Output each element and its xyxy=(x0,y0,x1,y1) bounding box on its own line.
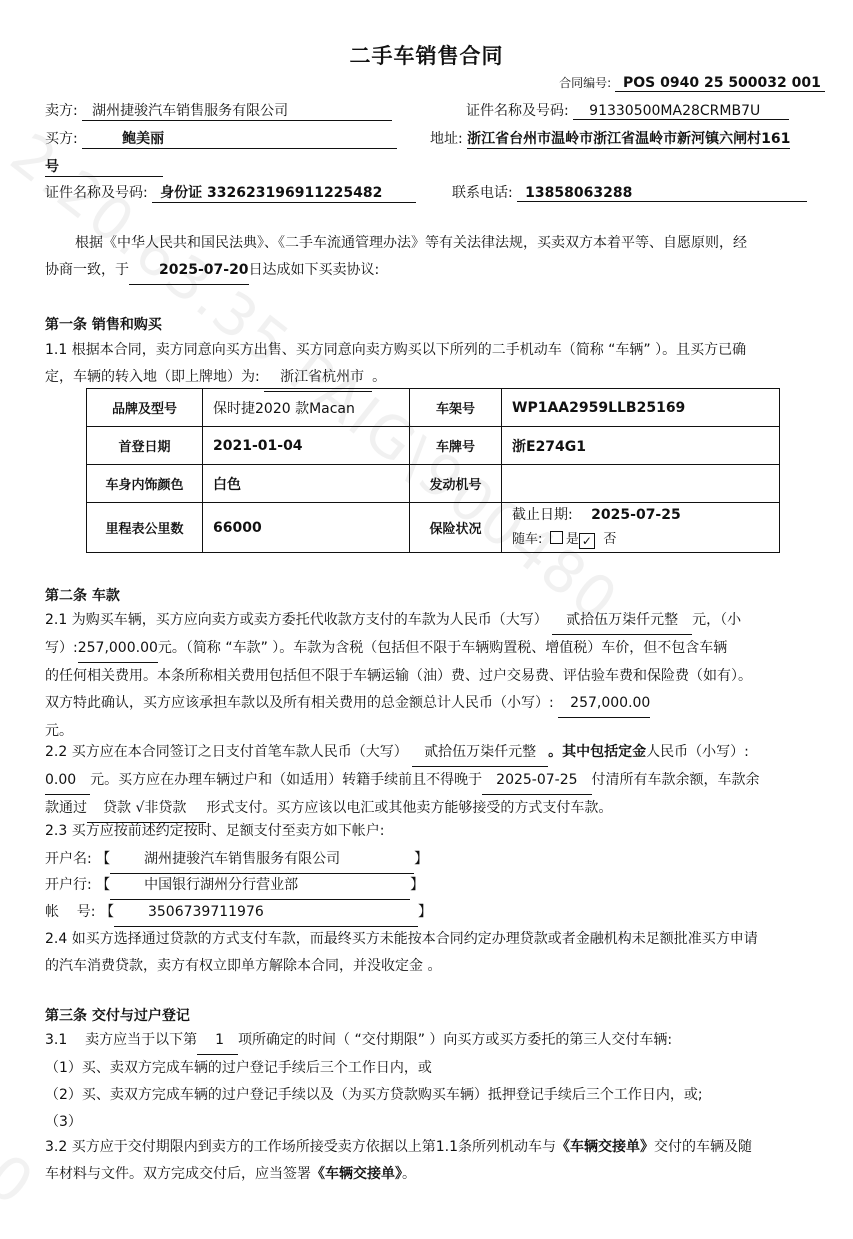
bracket: 【 xyxy=(96,851,110,867)
table-row: 品牌及型号 保时捷2020 款Macan 车架号 WP1AA2959LLB251… xyxy=(87,389,780,427)
clause-text: 车材料与文件。双方完成交付后，应当签署 xyxy=(45,1166,311,1182)
clause-text: 元，（小 xyxy=(692,612,741,628)
buyer-phone-row: 联系电话: 13858063288 xyxy=(452,182,807,202)
clause-2-3: 2.3 买方应按前述约定按时、足额支付至卖方如下帐户: xyxy=(45,818,825,845)
buyer-id-label: 证件名称及号码: xyxy=(45,185,148,201)
seller-label: 卖方: xyxy=(45,103,78,119)
delivery-option-number: 1 xyxy=(197,1027,238,1055)
delivery-option-2: （2）买、卖双方完成车辆的过户登记手续以及（为买方贷款购买车辆）抵押登记手续后三… xyxy=(45,1087,703,1103)
table-row: 首登日期 2021-01-04 车牌号 浙E274G1 xyxy=(87,427,780,465)
clause-text: 2.3 买方应按前述约定按时、足额支付至卖方如下帐户: xyxy=(45,823,384,839)
buyer-phone-label: 联系电话: xyxy=(452,185,513,201)
bracket: 【 xyxy=(96,877,110,893)
no-label: 否 xyxy=(603,532,616,547)
bracket: 】 xyxy=(414,851,428,867)
bracket: 【 xyxy=(100,904,114,920)
article1-heading: 第一条 销售和购买 xyxy=(45,314,162,334)
mileage-value: 66000 xyxy=(203,503,410,553)
account-bank-value: 中国银行湖州分行营业部 xyxy=(110,872,410,900)
buyer-row: 买方: 鲍美丽 xyxy=(45,128,397,149)
contract-number: 合同编号: POS 0940 25 500032 001 xyxy=(559,74,825,92)
preamble-text: 协商一致，于 xyxy=(45,262,129,278)
clause-text: 人民币（小写）: xyxy=(646,744,749,760)
clause-text: 交付的车辆及随 xyxy=(654,1139,752,1155)
clause-text: 2.1 为购买车辆，买方应向卖方或卖方委托代收款方支付的车款为人民币（大写） xyxy=(45,612,548,628)
seller-name: 湖州捷骏汽车销售服务有限公司 xyxy=(82,100,392,121)
buyer-address-label: 地址: xyxy=(430,131,463,147)
vin-value: WP1AA2959LLB25169 xyxy=(502,389,780,427)
account-name-row: 开户名: 【湖州捷骏汽车销售服务有限公司】 xyxy=(45,846,428,874)
clause-text: 定，车辆的转入地（即上牌地）为: xyxy=(45,369,260,385)
account-number-value: 3506739711976 xyxy=(114,899,418,927)
account-number-row: 帐 号: 【3506739711976】 xyxy=(45,899,432,927)
handover-doc-ref: 《车辆交接单》 xyxy=(556,1139,654,1155)
delivery-option-1: （1）买、卖双方完成车辆的过户登记手续后三个工作日内，或 xyxy=(45,1060,432,1076)
engine-label: 发动机号 xyxy=(410,465,502,503)
mileage-label: 里程表公里数 xyxy=(87,503,203,553)
preamble-text: 根据《中华人民共和国民法典》、《二手车流通管理办法》等有关法律法规，买卖双方本着… xyxy=(75,235,747,251)
clause-text: 元。买方应在办理车辆过户和（如适用）转籍手续前且不得晚于 xyxy=(90,772,482,788)
yes-label: 是 xyxy=(566,532,579,547)
clause-text: 3.2 买方应于交付期限内到卖方的工作场所接受卖方依据以上第1.1条所列机动车与 xyxy=(45,1139,556,1155)
clause-text: 元。（简称 “车款” ）。车款为含税（包括但不限于车辆购置税、增值税）车价，但不… xyxy=(158,640,727,656)
seller-id-label: 证件名称及号码: xyxy=(466,103,569,119)
clause-text: 项所确定的时间（ “交付期限” ）向买方或买方委托的第三人交付车辆: xyxy=(238,1032,672,1048)
clause-3-1: 3.1 卖方应当于以下第1项所确定的时间（ “交付期限” ）向买方或买方委托的第… xyxy=(45,1027,825,1136)
clause-text: 款通过 xyxy=(45,800,87,816)
clause-2-1: 2.1 为购买车辆，买方应向卖方或卖方委托代收款方支付的车款为人民币（大写） 贰… xyxy=(45,607,825,745)
bracket: 】 xyxy=(418,904,432,920)
document-title: 二手车销售合同 xyxy=(0,40,853,70)
price-in-words: 贰拾伍万柒仟元整 xyxy=(552,607,692,635)
color-value: 白色 xyxy=(203,465,410,503)
color-label: 车身内饰颜色 xyxy=(87,465,203,503)
bracket: 】 xyxy=(410,877,424,893)
brand-label: 品牌及型号 xyxy=(87,389,203,427)
plate-label: 车牌号 xyxy=(410,427,502,465)
handover-doc-ref: 《车辆交接单》 xyxy=(311,1166,402,1182)
clause-text: 。 xyxy=(372,369,386,385)
table-row: 车身内饰颜色 白色 发动机号 xyxy=(87,465,780,503)
first-payment-words: 贰拾伍万柒仟元整 xyxy=(412,739,548,767)
clause-text: 。 xyxy=(402,1166,416,1182)
engine-value xyxy=(502,465,780,503)
buyer-id-value: 身份证 332623196911225482 xyxy=(152,182,416,203)
buyer-id-row: 证件名称及号码: 身份证 332623196911225482 xyxy=(45,182,416,203)
first-registration-label: 首登日期 xyxy=(87,427,203,465)
delivery-option-3: （3） xyxy=(45,1114,82,1130)
insurance-label: 保险状况 xyxy=(410,503,502,553)
account-name-value: 湖州捷骏汽车销售服务有限公司 xyxy=(110,846,414,874)
account-number-label: 帐 号: xyxy=(45,904,96,920)
contract-number-label: 合同编号: xyxy=(559,76,611,90)
insurance-expiry-date: 2025-07-25 xyxy=(591,507,681,523)
checkbox-no-checked[interactable]: ✓ xyxy=(579,533,595,549)
buyer-phone-value: 13858063288 xyxy=(517,185,807,202)
clause-1-1: 1.1 根据本合同，卖方同意向买方出售、买方同意向卖方购买以下所列的二手机动车（… xyxy=(45,337,825,392)
deposit-amount: 0.00 xyxy=(45,767,90,795)
clause-2-4: 2.4 如买方选择通过贷款的方式支付车款，而最终买方未能按本合同约定办理贷款或者… xyxy=(45,926,825,980)
deposit-included-text: 。其中包括定金 xyxy=(548,744,646,760)
contract-number-value: POS 0940 25 500032 001 xyxy=(615,75,825,92)
clause-3-2: 3.2 买方应于交付期限内到卖方的工作场所接受卖方依据以上第1.1条所列机动车与… xyxy=(45,1134,825,1188)
buyer-address-line1: 浙江省台州市温岭市浙江省温岭市新河镇六闸村161 xyxy=(467,128,790,149)
clause-text: 1.1 根据本合同，卖方同意向买方出售、买方同意向卖方购买以下所列的二手机动车（… xyxy=(45,342,746,358)
preamble: 根据《中华人民共和国民法典》、《二手车流通管理办法》等有关法律法规，买卖双方本着… xyxy=(45,230,825,285)
payment-deadline: 2025-07-25 xyxy=(482,767,591,795)
buyer-name: 鲍美丽 xyxy=(82,128,397,149)
account-bank-row: 开户行: 【中国银行湖州分行营业部】 xyxy=(45,872,424,900)
plate-value: 浙E274G1 xyxy=(502,427,780,465)
clause-text: 形式支付。买方应该以电汇或其他卖方能够接受的方式支付车款。 xyxy=(206,800,612,816)
clause-text: 付清所有车款余额，车款余 xyxy=(592,772,760,788)
price-number: 257,000.00 xyxy=(78,635,158,663)
seller-id-row: 证件名称及号码: 91330500MA28CRMB7U xyxy=(466,100,789,120)
total-amount: 257,000.00 xyxy=(558,690,650,718)
clause-text: 3.1 卖方应当于以下第 xyxy=(45,1032,197,1048)
checkbox-yes[interactable] xyxy=(550,531,563,544)
buyer-address-line2: 号 xyxy=(45,156,163,177)
seller-row: 卖方: 湖州捷骏汽车销售服务有限公司 xyxy=(45,100,392,121)
clause-text: 2.4 如买方选择通过贷款的方式支付车款，而最终买方未能按本合同约定办理贷款或者… xyxy=(45,931,758,947)
seller-id-value: 91330500MA28CRMB7U xyxy=(573,103,789,120)
preamble-text: 日达成如下买卖协议: xyxy=(249,262,380,278)
first-registration-value: 2021-01-04 xyxy=(203,427,410,465)
insurance-expiry-label: 截止日期: xyxy=(512,507,573,523)
clause-text: 2.2 买方应在本合同签订之日支付首笔车款人民币（大写） xyxy=(45,744,408,760)
brand-value: 保时捷2020 款Macan xyxy=(203,389,410,427)
agreement-date: 2025-07-20 xyxy=(129,257,249,285)
account-bank-label: 开户行: xyxy=(45,877,92,893)
buyer-address-row: 地址: 浙江省台州市温岭市浙江省温岭市新河镇六闸村161 xyxy=(430,128,790,149)
with-car-label: 随车: xyxy=(512,532,542,547)
checkmark-icon: ✓ xyxy=(582,534,592,548)
buyer-address-cont: 号 xyxy=(45,156,163,177)
clause-text: 元。 xyxy=(45,723,73,739)
account-name-label: 开户名: xyxy=(45,851,92,867)
clause-text: 双方特此确认，买方应该承担车款以及所有相关费用的总金额总计人民币（小写）: xyxy=(45,695,554,711)
insurance-status: 截止日期: 2025-07-25 随车: 是✓ 否 xyxy=(502,503,780,553)
clause-text: 的任何相关费用。本条所称相关费用包括但不限于车辆运输（油）费、过户交易费、评估验… xyxy=(45,668,752,684)
contract-page: 二手车销售合同 合同编号: POS 0940 25 500032 001 卖方:… xyxy=(0,0,853,1239)
clause-2-2: 2.2 买方应在本合同签订之日支付首笔车款人民币（大写） 贰拾伍万柒仟元整。其中… xyxy=(45,739,825,823)
vehicle-table: 品牌及型号 保时捷2020 款Macan 车架号 WP1AA2959LLB251… xyxy=(86,388,780,553)
article2-heading: 第二条 车款 xyxy=(45,585,120,605)
article3-heading: 第三条 交付与过户登记 xyxy=(45,1005,190,1025)
clause-text: 的汽车消费贷款，卖方有权立即单方解除本合同，并没收定金 。 xyxy=(45,958,441,974)
vin-label: 车架号 xyxy=(410,389,502,427)
table-row: 里程表公里数 66000 保险状况 截止日期: 2025-07-25 随车: 是… xyxy=(87,503,780,553)
clause-text: 写）: xyxy=(45,640,78,656)
buyer-label: 买方: xyxy=(45,131,78,147)
